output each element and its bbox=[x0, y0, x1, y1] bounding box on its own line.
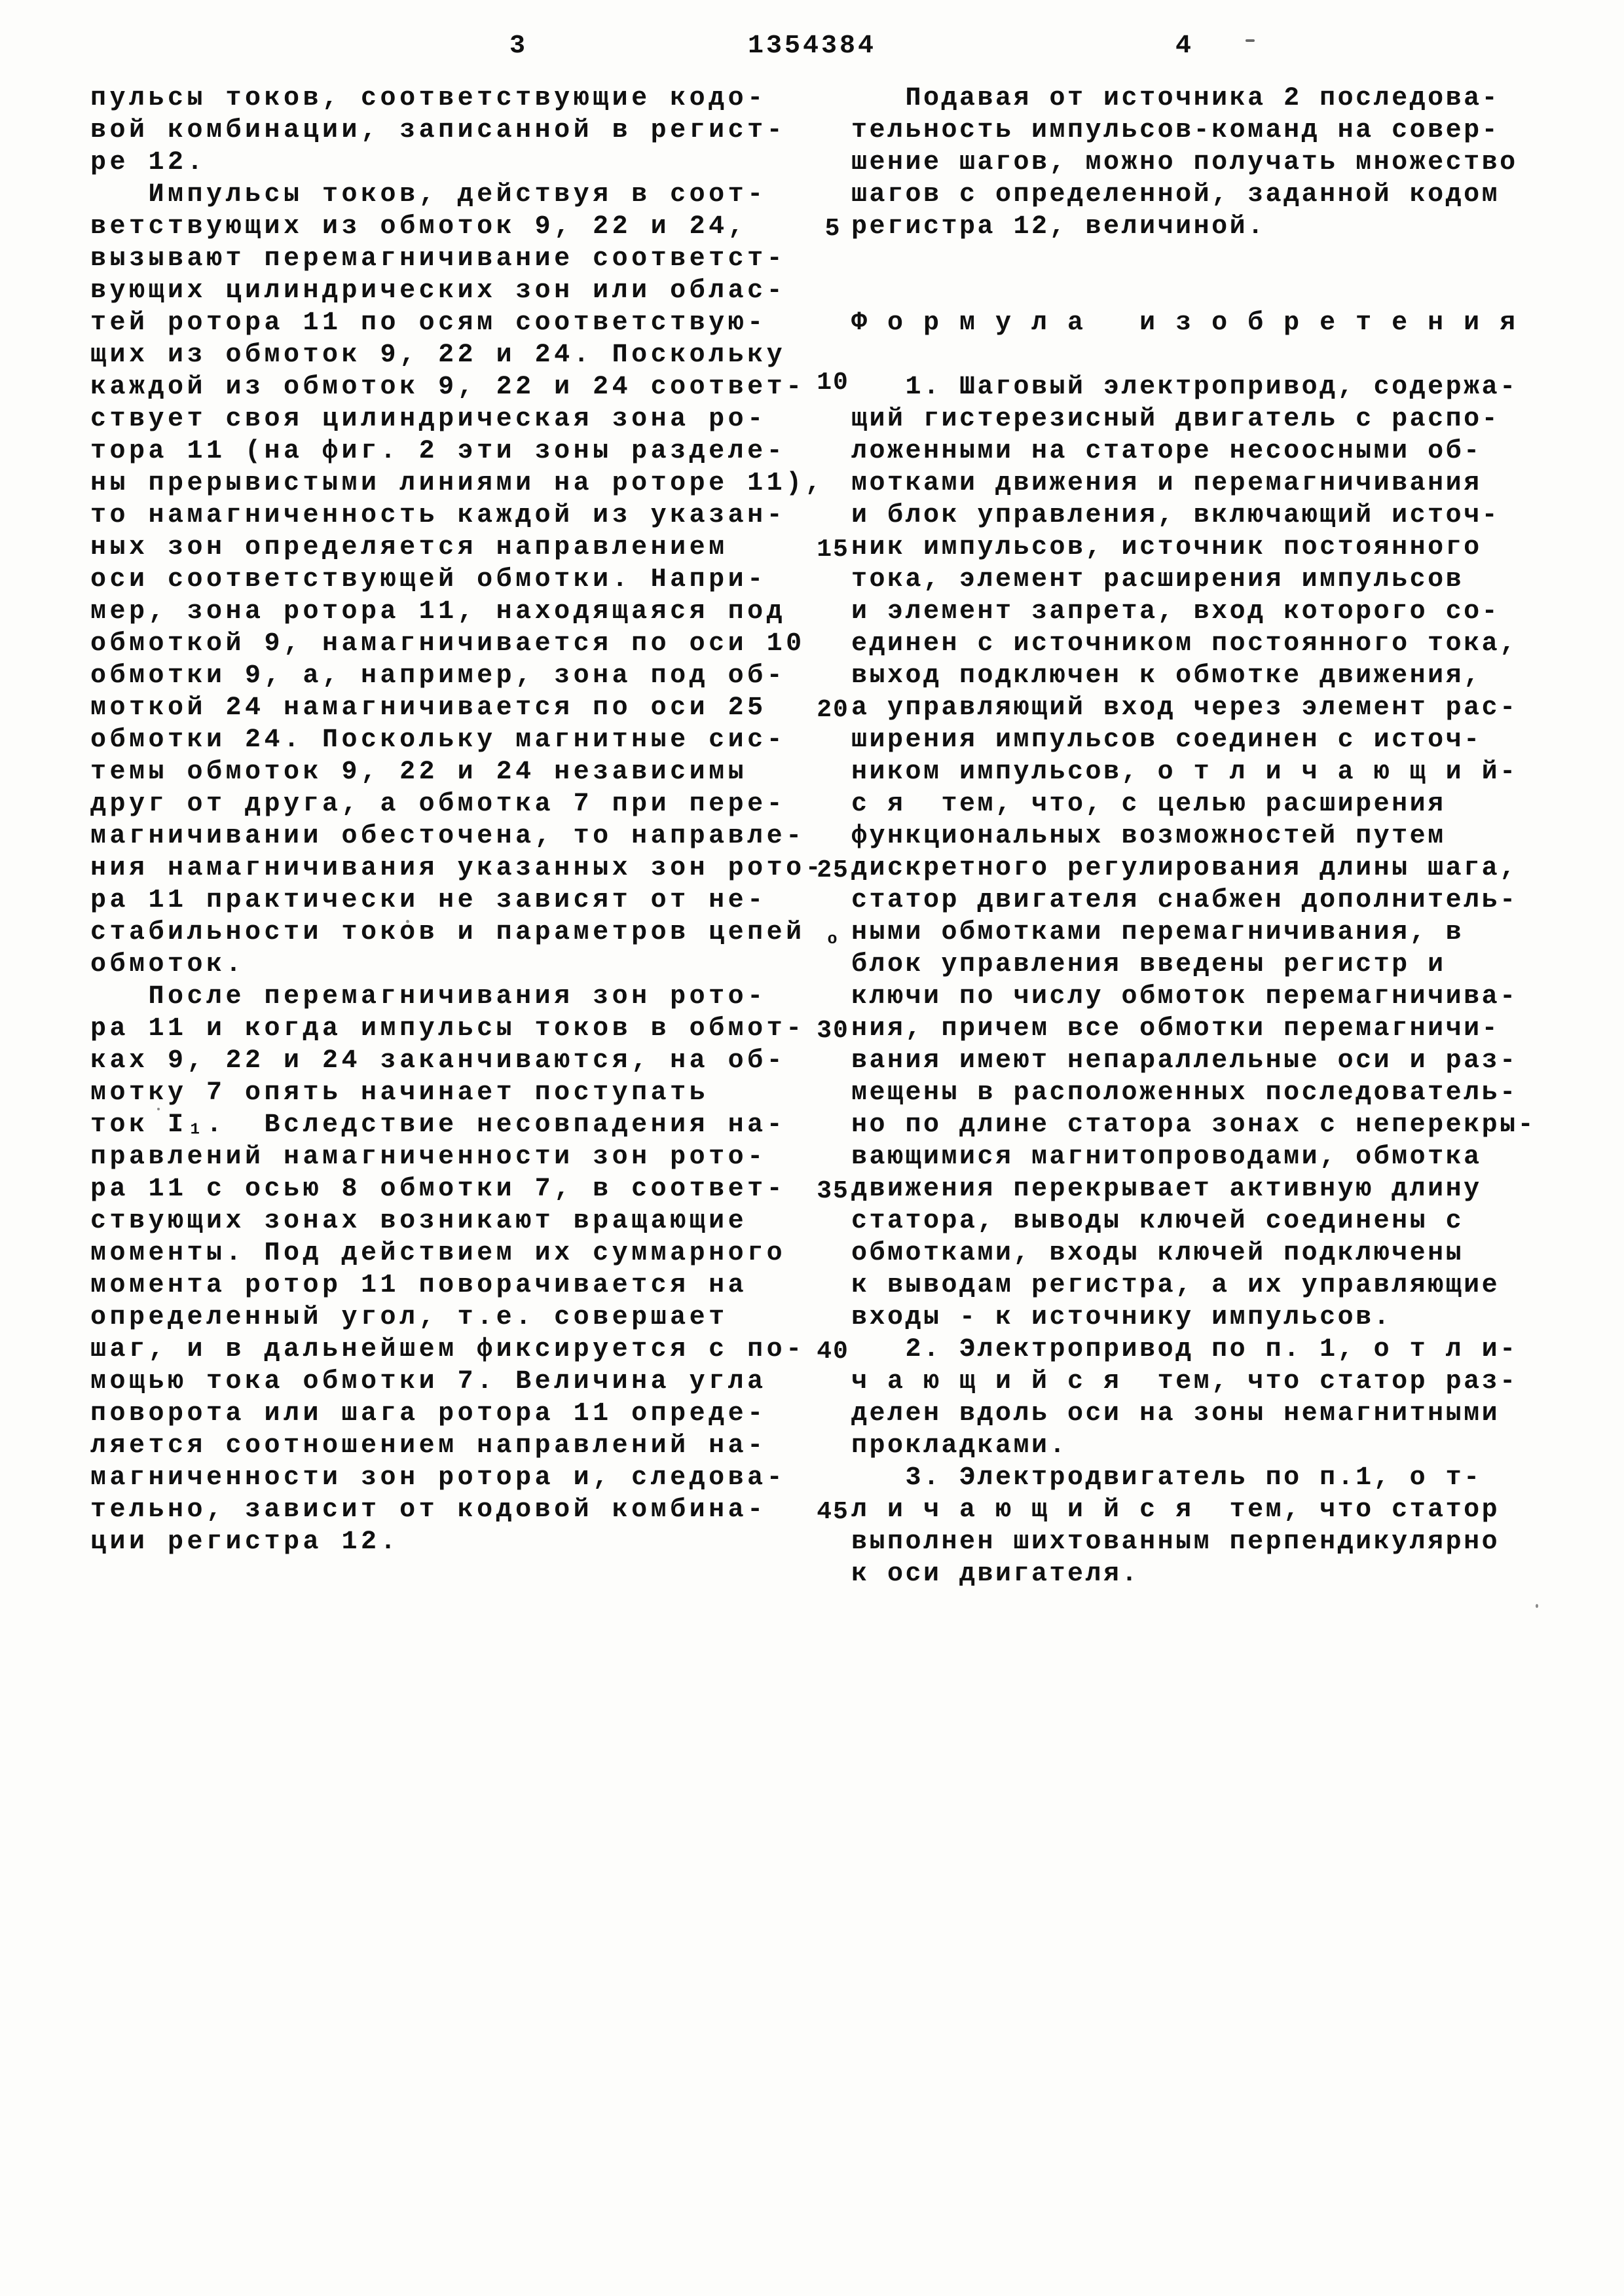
text-line: функциональных возможностей путем bbox=[851, 820, 1526, 852]
text-line: ра 11 практически не зависят от не- bbox=[90, 884, 827, 917]
text-line: ны прерывистыми линиями на роторе 11), bbox=[90, 467, 827, 500]
text-line: вания имеют непараллельные оси и раз- bbox=[851, 1045, 1526, 1077]
text-line: тора 11 (на фиг. 2 эти зоны разделе- bbox=[90, 435, 827, 467]
text-line: но по длине статора зонах с неперекры- bbox=[851, 1109, 1526, 1141]
scan-speck bbox=[131, 380, 134, 382]
scan-speck bbox=[157, 1108, 160, 1110]
text-line: После перемагничивания зон рото- bbox=[90, 981, 827, 1013]
text-line: момента ротор 11 поворачивается на bbox=[90, 1269, 827, 1302]
text-line: выход подключен к обмотке движения, bbox=[851, 660, 1526, 692]
text-line: мер, зона ротора 11, находящаяся под bbox=[90, 596, 827, 628]
gutter-line-number: 20 bbox=[807, 696, 858, 724]
text-line: 2. Электропривод по п. 1, о т л и- bbox=[851, 1334, 1526, 1366]
text-line: мотку 7 опять начинает поступать bbox=[90, 1077, 827, 1109]
text-line: ках 9, 22 и 24 заканчиваются, на об- bbox=[90, 1045, 827, 1077]
text-line: регистра 12, величиной. bbox=[851, 211, 1526, 243]
text-line: а управляющий вход через элемент рас- bbox=[851, 692, 1526, 724]
text-line: обмотки 24. Поскольку магнитные сис- bbox=[90, 724, 827, 756]
gutter-line-numbers: 510152025о30354045 bbox=[807, 0, 858, 2296]
text-line: ния, причем все обмотки перемагничи- bbox=[851, 1013, 1526, 1045]
left-text-column: пульсы токов, соответствующие кодо-вой к… bbox=[90, 82, 827, 1558]
text-line: ветствующих из обмоток 9, 22 и 24, bbox=[90, 211, 827, 243]
text-line: щий гистерезисный двигатель с распо- bbox=[851, 403, 1526, 435]
page-number-right: 4 bbox=[1175, 31, 1194, 61]
gutter-line-number: 15 bbox=[807, 536, 858, 564]
text-line: ными обмотками перемагничивания, в bbox=[851, 917, 1526, 949]
gutter-line-number: 45 bbox=[807, 1498, 858, 1526]
text-line: то намагниченность каждой из указан- bbox=[90, 500, 827, 532]
text-line: стабильности токов и параметров цепей bbox=[90, 917, 827, 949]
text-line: входы - к источнику импульсов. bbox=[851, 1302, 1526, 1334]
text-line: Ф о р м у л а и з о б р е т е н и я bbox=[851, 307, 1526, 339]
gutter-line-number: 40 bbox=[807, 1338, 858, 1366]
gutter-line-number: о bbox=[807, 930, 858, 949]
text-line: к оси двигателя. bbox=[851, 1558, 1526, 1590]
text-line: Подавая от источника 2 последова- bbox=[851, 82, 1526, 115]
text-line: каждой из обмоток 9, 22 и 24 соответ- bbox=[90, 371, 827, 403]
text-line: к выводам регистра, а их управляющие bbox=[851, 1269, 1526, 1302]
text-line bbox=[851, 275, 1526, 307]
text-line: вызывают перемагничивание соответст- bbox=[90, 243, 827, 275]
text-line: тельность импульсов-команд на совер- bbox=[851, 115, 1526, 147]
text-line: движения перекрывает активную длину bbox=[851, 1173, 1526, 1205]
scan-speck bbox=[406, 920, 409, 923]
text-line: вающимися магнитопроводами, обмотка bbox=[851, 1141, 1526, 1173]
text-line: магниченности зон ротора и, следова- bbox=[90, 1462, 827, 1494]
text-line: обмоткой 9, намагничивается по оси 10 bbox=[90, 628, 827, 660]
scan-speck bbox=[1246, 39, 1255, 42]
text-line: ра 11 и когда импульсы токов в обмот- bbox=[90, 1013, 827, 1045]
text-line: ток I₁. Вследствие несовпадения на- bbox=[90, 1109, 827, 1141]
text-line: ных зон определяется направлением bbox=[90, 532, 827, 564]
text-line: 3. Электродвигатель по п.1, о т- bbox=[851, 1462, 1526, 1494]
page-number-left: 3 bbox=[509, 31, 528, 61]
text-line: ции регистра 12. bbox=[90, 1526, 827, 1558]
text-line: ширения импульсов соединен с источ- bbox=[851, 724, 1526, 756]
text-line: ствует своя цилиндрическая зона ро- bbox=[90, 403, 827, 435]
text-line: шение шагов, можно получать множество bbox=[851, 147, 1526, 179]
text-line: поворота или шага ротора 11 опреде- bbox=[90, 1398, 827, 1430]
text-line: определенный угол, т.е. совершает bbox=[90, 1302, 827, 1334]
text-line: делен вдоль оси на зоны немагнитными bbox=[851, 1398, 1526, 1430]
text-line bbox=[851, 339, 1526, 371]
text-line: вой комбинации, записанной в регист- bbox=[90, 115, 827, 147]
text-line: пульсы токов, соответствующие кодо- bbox=[90, 82, 827, 115]
gutter-line-number: 35 bbox=[807, 1177, 858, 1205]
patent-document-page: 3 1354384 4 пульсы токов, соответствующи… bbox=[0, 0, 1624, 2296]
scan-speck bbox=[1536, 1604, 1538, 1608]
text-line: дискретного регулирования длины шага, bbox=[851, 852, 1526, 884]
text-line: обмотки 9, а, например, зона под об- bbox=[90, 660, 827, 692]
text-line: магничивании обесточена, то направле- bbox=[90, 820, 827, 852]
text-line: л и ч а ю щ и й с я тем, что статор bbox=[851, 1494, 1526, 1526]
text-line: тей ротора 11 по осям соответствую- bbox=[90, 307, 827, 339]
text-line: тельно, зависит от кодовой комбина- bbox=[90, 1494, 827, 1526]
text-line: шагов с определенной, заданной кодом bbox=[851, 179, 1526, 211]
text-line: правлений намагниченности зон рото- bbox=[90, 1141, 827, 1173]
text-line: и элемент запрета, вход которого со- bbox=[851, 596, 1526, 628]
text-line: друг от друга, а обмотка 7 при пере- bbox=[90, 788, 827, 820]
text-line: оси соответствующей обмотки. Напри- bbox=[90, 564, 827, 596]
text-line: Импульсы токов, действуя в соот- bbox=[90, 179, 827, 211]
text-line: блок управления введены регистр и bbox=[851, 949, 1526, 981]
text-line: обмотками, входы ключей подключены bbox=[851, 1237, 1526, 1269]
text-line: ния намагничивания указанных зон рото- bbox=[90, 852, 827, 884]
text-line: единен с источником постоянного тока, bbox=[851, 628, 1526, 660]
text-line: ра 11 с осью 8 обмотки 7, в соответ- bbox=[90, 1173, 827, 1205]
text-line: выполнен шихтованным перпендикулярно bbox=[851, 1526, 1526, 1558]
text-line: ключи по числу обмоток перемагничива- bbox=[851, 981, 1526, 1013]
text-line: ляется соотношением направлений на- bbox=[90, 1430, 827, 1462]
text-line: мощью тока обмотки 7. Величина угла bbox=[90, 1366, 827, 1398]
gutter-line-number: 10 bbox=[807, 369, 858, 397]
text-line: щих из обмоток 9, 22 и 24. Поскольку bbox=[90, 339, 827, 371]
text-line: мотками движения и перемагничивания bbox=[851, 467, 1526, 500]
text-line: 1. Шаговый электропривод, содержа- bbox=[851, 371, 1526, 403]
text-line: ре 12. bbox=[90, 147, 827, 179]
text-line: темы обмоток 9, 22 и 24 независимы bbox=[90, 756, 827, 788]
gutter-line-number: 5 bbox=[807, 215, 858, 243]
text-line bbox=[851, 243, 1526, 275]
text-line: ник импульсов, источник постоянного bbox=[851, 532, 1526, 564]
text-line: шаг, и в дальнейшем фиксируется с по- bbox=[90, 1334, 827, 1366]
gutter-line-number: 25 bbox=[807, 856, 858, 884]
text-line: тока, элемент расширения импульсов bbox=[851, 564, 1526, 596]
text-line: ником импульсов, о т л и ч а ю щ и й- bbox=[851, 756, 1526, 788]
text-line: статора, выводы ключей соединены с bbox=[851, 1205, 1526, 1237]
text-line: с я тем, что, с целью расширения bbox=[851, 788, 1526, 820]
text-line: статор двигателя снабжен дополнитель- bbox=[851, 884, 1526, 917]
right-text-column: Подавая от источника 2 последова-тельнос… bbox=[851, 82, 1526, 1590]
text-line: ч а ю щ и й с я тем, что статор раз- bbox=[851, 1366, 1526, 1398]
text-line: прокладками. bbox=[851, 1430, 1526, 1462]
text-line: и блок управления, включающий источ- bbox=[851, 500, 1526, 532]
gutter-line-number: 30 bbox=[807, 1017, 858, 1045]
text-line: вующих цилиндрических зон или облас- bbox=[90, 275, 827, 307]
text-line: мещены в расположенных последователь- bbox=[851, 1077, 1526, 1109]
text-line: ствующих зонах возникают вращающие bbox=[90, 1205, 827, 1237]
text-line: ложенными на статоре несоосными об- bbox=[851, 435, 1526, 467]
text-line: обмоток. bbox=[90, 949, 827, 981]
text-line: моткой 24 намагничивается по оси 25 bbox=[90, 692, 827, 724]
text-line: моменты. Под действием их суммарного bbox=[90, 1237, 827, 1269]
